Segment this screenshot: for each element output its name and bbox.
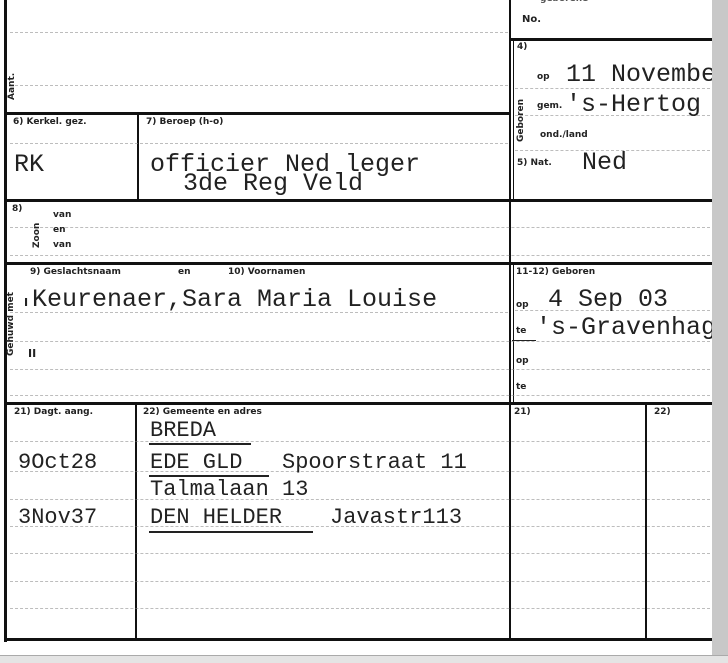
field4-op-label: op <box>537 72 550 82</box>
spouse-birth-label: 11-12) Geboren <box>516 267 595 277</box>
field8-en: en <box>53 225 66 235</box>
ruling <box>10 553 710 554</box>
field4-gem-label: gem. <box>537 101 562 111</box>
line-right-no <box>511 38 712 41</box>
field8-van1: van <box>53 210 71 220</box>
ruling <box>10 608 710 609</box>
surname-en-label: en <box>178 267 191 277</box>
address-city: BREDA <box>150 418 216 443</box>
field4-ond-label: ond./land <box>540 130 588 140</box>
divider-6-7 <box>137 115 139 200</box>
city-underline <box>149 531 313 533</box>
registration-date-row: 9Oct28 <box>18 450 97 475</box>
ruling <box>10 395 710 396</box>
right-col22-label: 22) <box>654 407 671 417</box>
ruling <box>10 499 710 500</box>
registration-date-label: 21) Dagt. aang. <box>14 407 93 417</box>
field8-number: 8) <box>12 204 22 214</box>
spouse-te2-label: te <box>516 382 526 392</box>
scrollbar-strip[interactable] <box>712 0 728 663</box>
aant-label: Aant. <box>7 73 17 100</box>
geboren-11-side-rule <box>513 265 514 402</box>
address-city: DEN HELDER <box>150 505 282 530</box>
field8-van2: van <box>53 240 71 250</box>
spouse-te1-label: te <box>516 326 526 336</box>
geboren-side-label: Geboren <box>516 99 526 142</box>
birth-place-value: 's-Hertog <box>566 90 701 119</box>
ruling <box>10 143 508 144</box>
field4-number: 4) <box>517 42 527 52</box>
main-column-divider <box>509 0 511 640</box>
city-underline <box>149 443 251 445</box>
gehuwd-side-label: Gehuwd met <box>6 292 16 356</box>
spouse-name-value: Keurenaer,Sara Maria Louise <box>32 285 437 314</box>
line-section-21-top <box>4 402 712 405</box>
religion-label: 6) Kerkel. gez. <box>13 117 87 127</box>
ruling <box>10 85 508 86</box>
spouse-birth-place: 's-Gravenhag <box>536 313 716 342</box>
ruling <box>10 581 710 582</box>
geborene-label: geborene <box>540 0 588 4</box>
birth-date-value: 11 Novembe <box>566 60 716 89</box>
line-section-9-top <box>4 262 712 265</box>
zoon-side-label: Zoon <box>32 223 42 248</box>
surname-label: 9) Geslachtsnaam <box>30 267 121 277</box>
ruling <box>10 369 710 370</box>
line-aant-bottom <box>4 112 511 115</box>
card-bottom-border <box>4 638 712 641</box>
spouse-marker-2: II <box>28 347 36 360</box>
spouse-birth-date: 4 Sep 03 <box>548 285 668 314</box>
ruling <box>10 441 710 442</box>
right-col21-label: 21) <box>514 407 531 417</box>
occupation-label: 7) Beroep (h-o) <box>146 117 223 127</box>
address-street: Spoorstraat 11 <box>282 450 467 475</box>
address-street: Javastr113 <box>330 505 462 530</box>
ruling <box>10 227 710 228</box>
spouse-op2-label: op <box>516 356 529 366</box>
address-city: EDE GLD <box>150 450 242 475</box>
address-street: Talmalaan 13 <box>150 477 308 502</box>
spouse-marker-1: I <box>24 296 28 309</box>
religion-value: RK <box>14 150 44 179</box>
line-section-8-top <box>4 199 712 202</box>
spouse-op1-label: op <box>516 300 529 310</box>
geboren-side-rule <box>513 40 514 200</box>
ruling <box>10 32 508 33</box>
occupation-line2: 3de Reg Veld <box>183 169 363 198</box>
address-label: 22) Gemeente en adres <box>143 407 262 417</box>
viewer-bottom-bar <box>0 655 728 663</box>
nationality-label: 5) Nat. <box>517 158 552 168</box>
firstnames-label: 10) Voornamen <box>228 267 305 277</box>
te1-underline <box>512 340 536 341</box>
ruling <box>10 255 710 256</box>
no-label: No. <box>522 14 541 25</box>
nationality-value: Ned <box>582 148 627 177</box>
registration-date-row: 3Nov37 <box>18 505 97 530</box>
